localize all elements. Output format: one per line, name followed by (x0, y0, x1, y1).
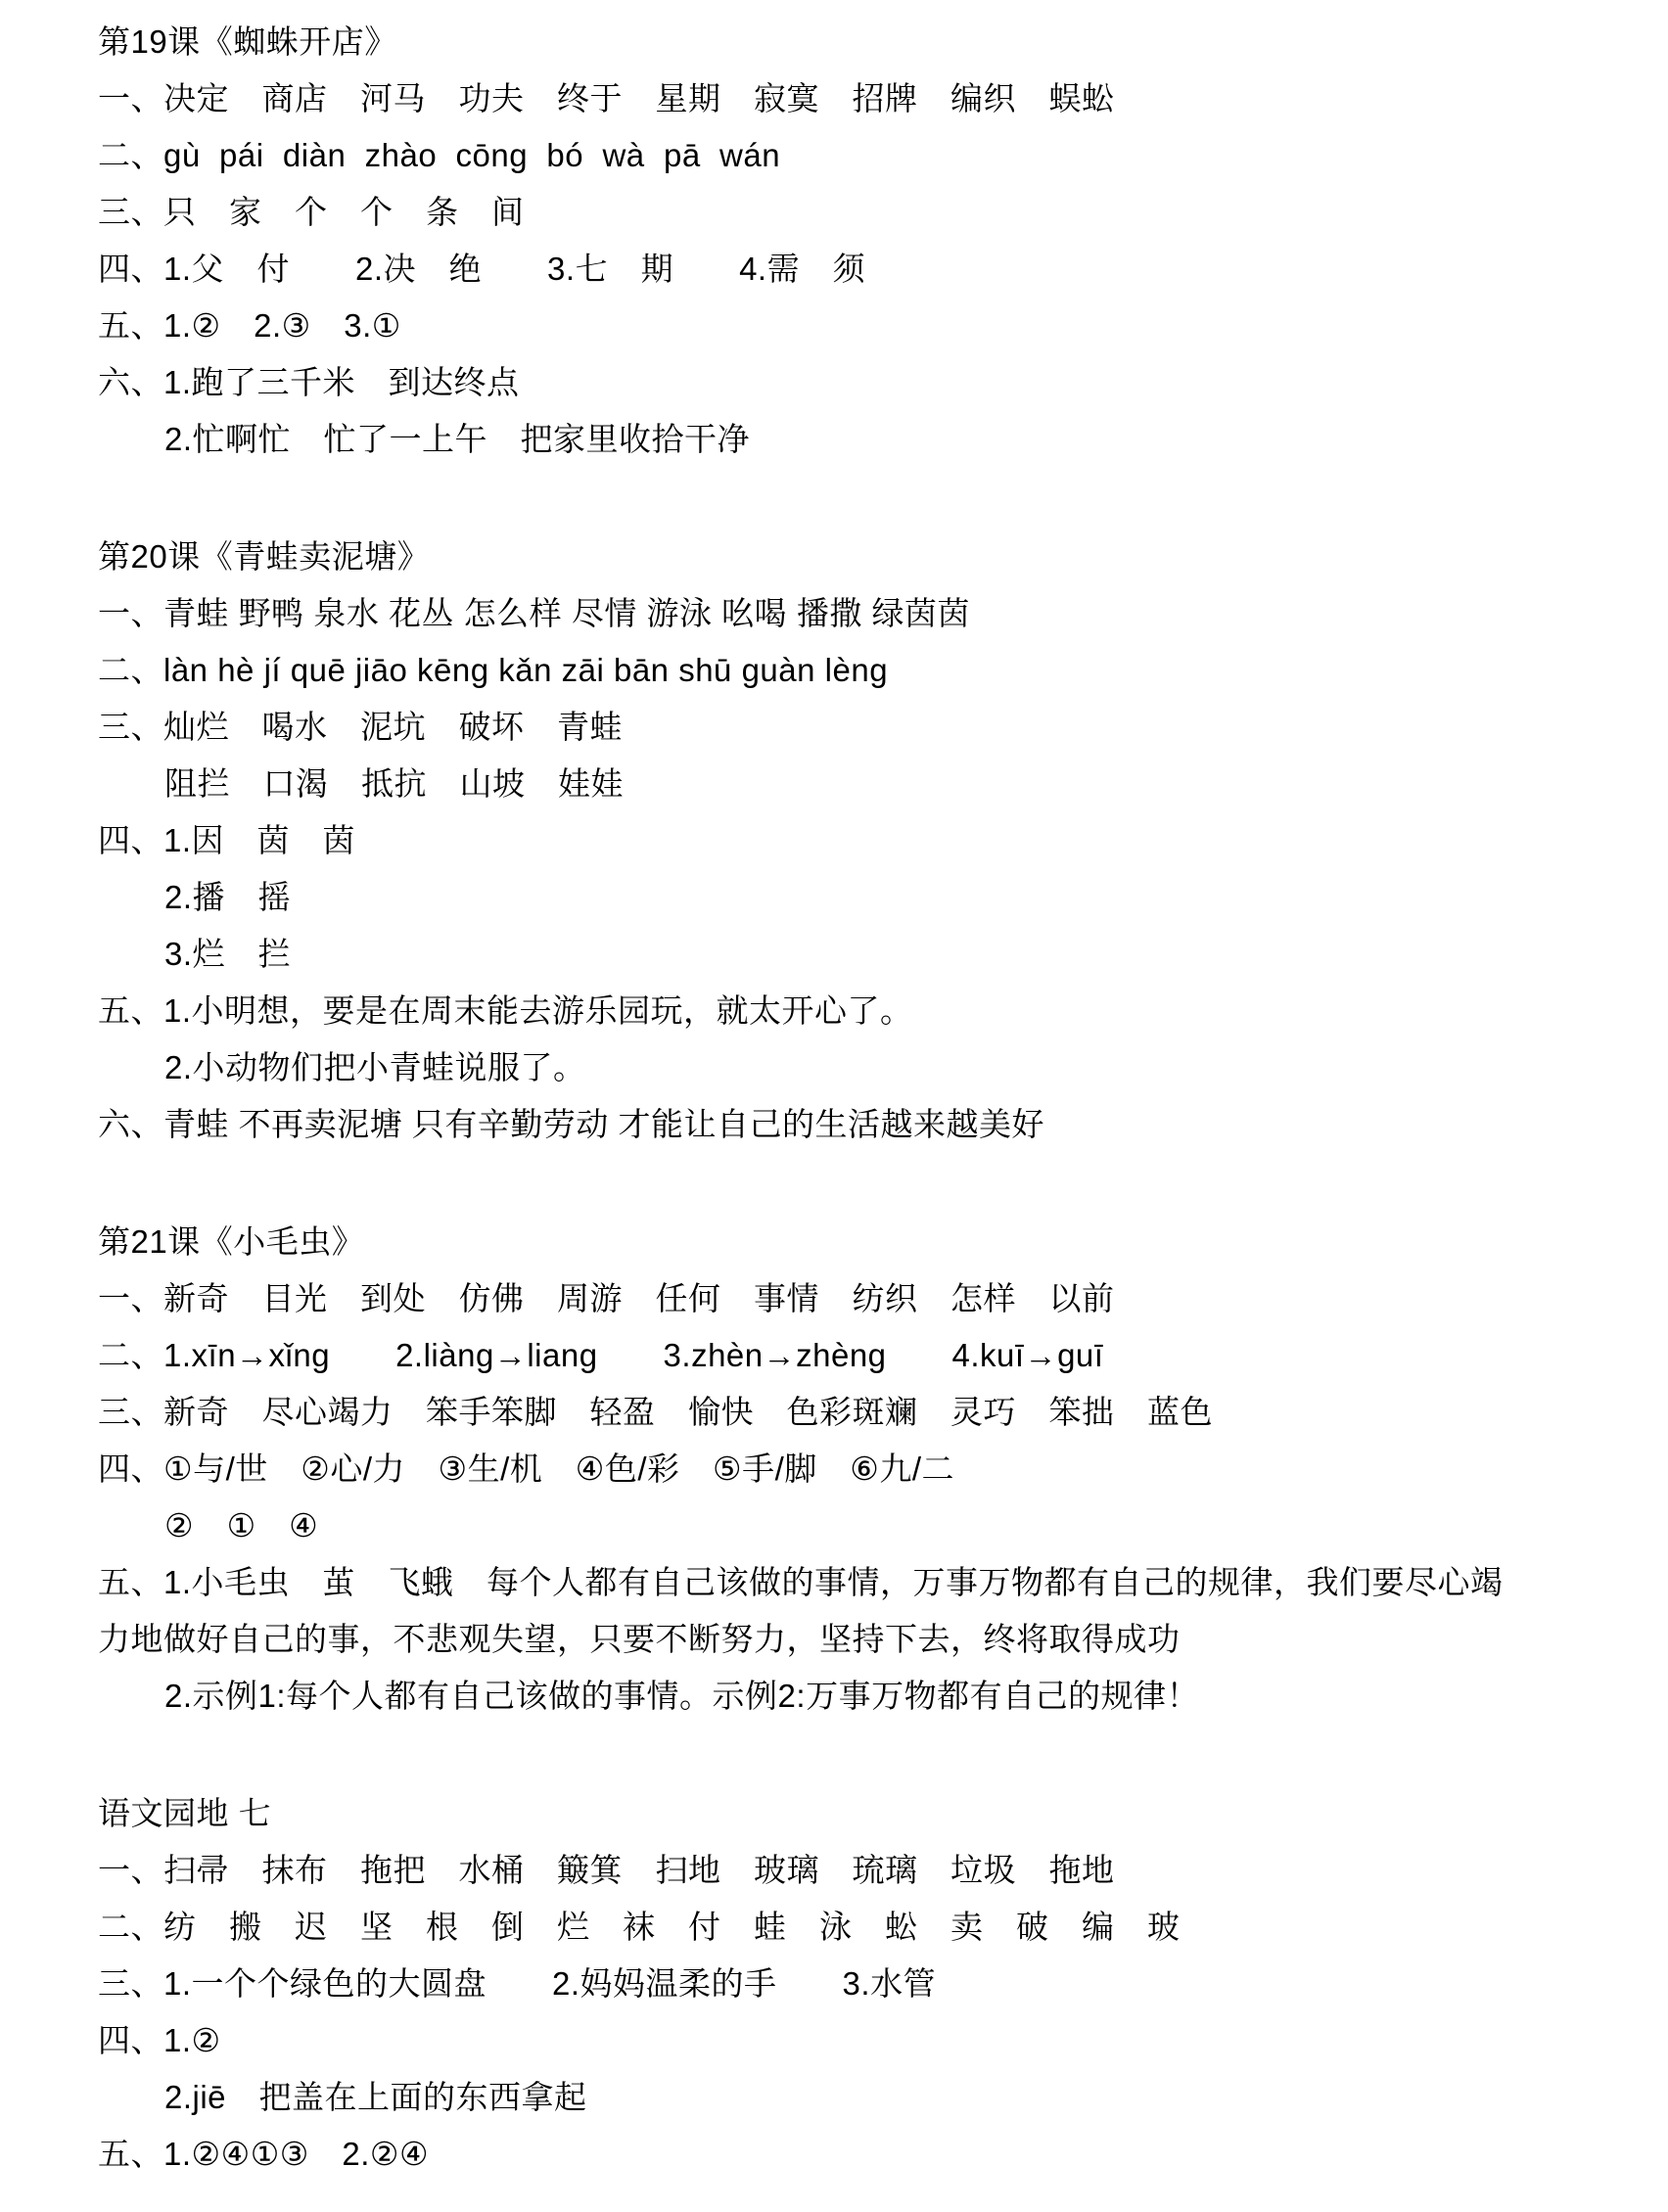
lesson-section: 第20课《青蛙卖泥塘》一、青蛙 野鸭 泉水 花丛 怎么样 尽情 游泳 吆喝 播撒… (98, 529, 1619, 1153)
answer-line: 五、1.小明想，要是在周末能去游乐园玩，就太开心了。 (98, 983, 1619, 1039)
lesson-section: 语文园地 七一、扫帚 抹布 拖把 水桶 簸箕 扫地 玻璃 琉璃 垃圾 拖地二、纺… (98, 1785, 1619, 2183)
answer-line: 五、1.小毛虫 茧 飞蛾 每个人都有自己该做的事情，万事万物都有自己的规律，我们… (98, 1554, 1619, 1611)
answer-line: 2.小动物们把小青蛙说服了。 (98, 1039, 1619, 1096)
answer-line: ② ① ④ (98, 1498, 1619, 1554)
answer-line: 力地做好自己的事，不悲观失望，只要不断努力，坚持下去，终将取得成功 (98, 1611, 1619, 1668)
answer-line: 五、1.② 2.③ 3.① (98, 298, 1619, 354)
answer-line: 三、1.一个个绿色的大圆盘 2.妈妈温柔的手 3.水管 (98, 1956, 1619, 2012)
section-title: 语文园地 七 (98, 1785, 1619, 1842)
section-title: 第19课《蜘蛛开店》 (98, 14, 1619, 70)
answer-line: 三、新奇 尽心竭力 笨手笨脚 轻盈 愉快 色彩斑斓 灵巧 笨拙 蓝色 (98, 1384, 1619, 1441)
section-title: 第21课《小毛虫》 (98, 1214, 1619, 1270)
answer-line: 一、扫帚 抹布 拖把 水桶 簸箕 扫地 玻璃 琉璃 垃圾 拖地 (98, 1842, 1619, 1899)
answer-key-document: 第19课《蜘蛛开店》一、决定 商店 河马 功夫 终于 星期 寂寞 招牌 编织 蜈… (0, 0, 1668, 2212)
answer-line: 二、làn hè jí quē jiāo kēng kǎn zāi bān sh… (98, 642, 1619, 699)
answer-line: 六、1.跑了三千米 到达终点 (98, 354, 1619, 411)
lesson-section: 第19课《蜘蛛开店》一、决定 商店 河马 功夫 终于 星期 寂寞 招牌 编织 蜈… (98, 14, 1619, 468)
answer-line: 四、1.因 茵 茵 (98, 812, 1619, 869)
answer-line: 阻拦 口渴 抵抗 山坡 娃娃 (98, 756, 1619, 812)
answer-line: 三、只 家 个 个 条 间 (98, 184, 1619, 241)
answer-line: 一、新奇 目光 到处 仿佛 周游 任何 事情 纺织 怎样 以前 (98, 1270, 1619, 1327)
answer-line: 一、决定 商店 河马 功夫 终于 星期 寂寞 招牌 编织 蜈蚣 (98, 70, 1619, 127)
answer-line: 二、纺 搬 迟 坚 根 倒 烂 袜 付 蛙 泳 蚣 卖 破 编 玻 (98, 1899, 1619, 1956)
answer-line: 三、灿烂 喝水 泥坑 破坏 青蛙 (98, 699, 1619, 756)
answer-line: 3.烂 拦 (98, 926, 1619, 983)
answer-line: 2.jiē 把盖在上面的东西拿起 (98, 2069, 1619, 2126)
answer-line: 二、gù pái diàn zhào cōng bó wà pā wán (98, 127, 1619, 184)
answer-line: 2.播 摇 (98, 869, 1619, 926)
answer-line: 2.示例1:每个人都有自己该做的事情。示例2:万事万物都有自己的规律！ (98, 1668, 1619, 1725)
answer-line: 四、1.父 付 2.决 绝 3.七 期 4.需 须 (98, 241, 1619, 298)
answer-line: 2.忙啊忙 忙了一上午 把家里收拾干净 (98, 411, 1619, 468)
answer-line: 一、青蛙 野鸭 泉水 花丛 怎么样 尽情 游泳 吆喝 播撒 绿茵茵 (98, 585, 1619, 642)
answer-line: 四、①与/世 ②心/力 ③生/机 ④色/彩 ⑤手/脚 ⑥九/二 (98, 1441, 1619, 1498)
answer-line: 六、青蛙 不再卖泥塘 只有辛勤劳动 才能让自己的生活越来越美好 (98, 1096, 1619, 1153)
section-title: 第20课《青蛙卖泥塘》 (98, 529, 1619, 585)
answer-line: 五、1.②④①③ 2.②④ (98, 2126, 1619, 2183)
answer-line: 二、1.xīn→xǐng 2.liàng→liang 3.zhèn→zhèng … (98, 1327, 1619, 1384)
answer-line: 四、1.② (98, 2012, 1619, 2069)
lesson-section: 第21课《小毛虫》一、新奇 目光 到处 仿佛 周游 任何 事情 纺织 怎样 以前… (98, 1214, 1619, 1725)
